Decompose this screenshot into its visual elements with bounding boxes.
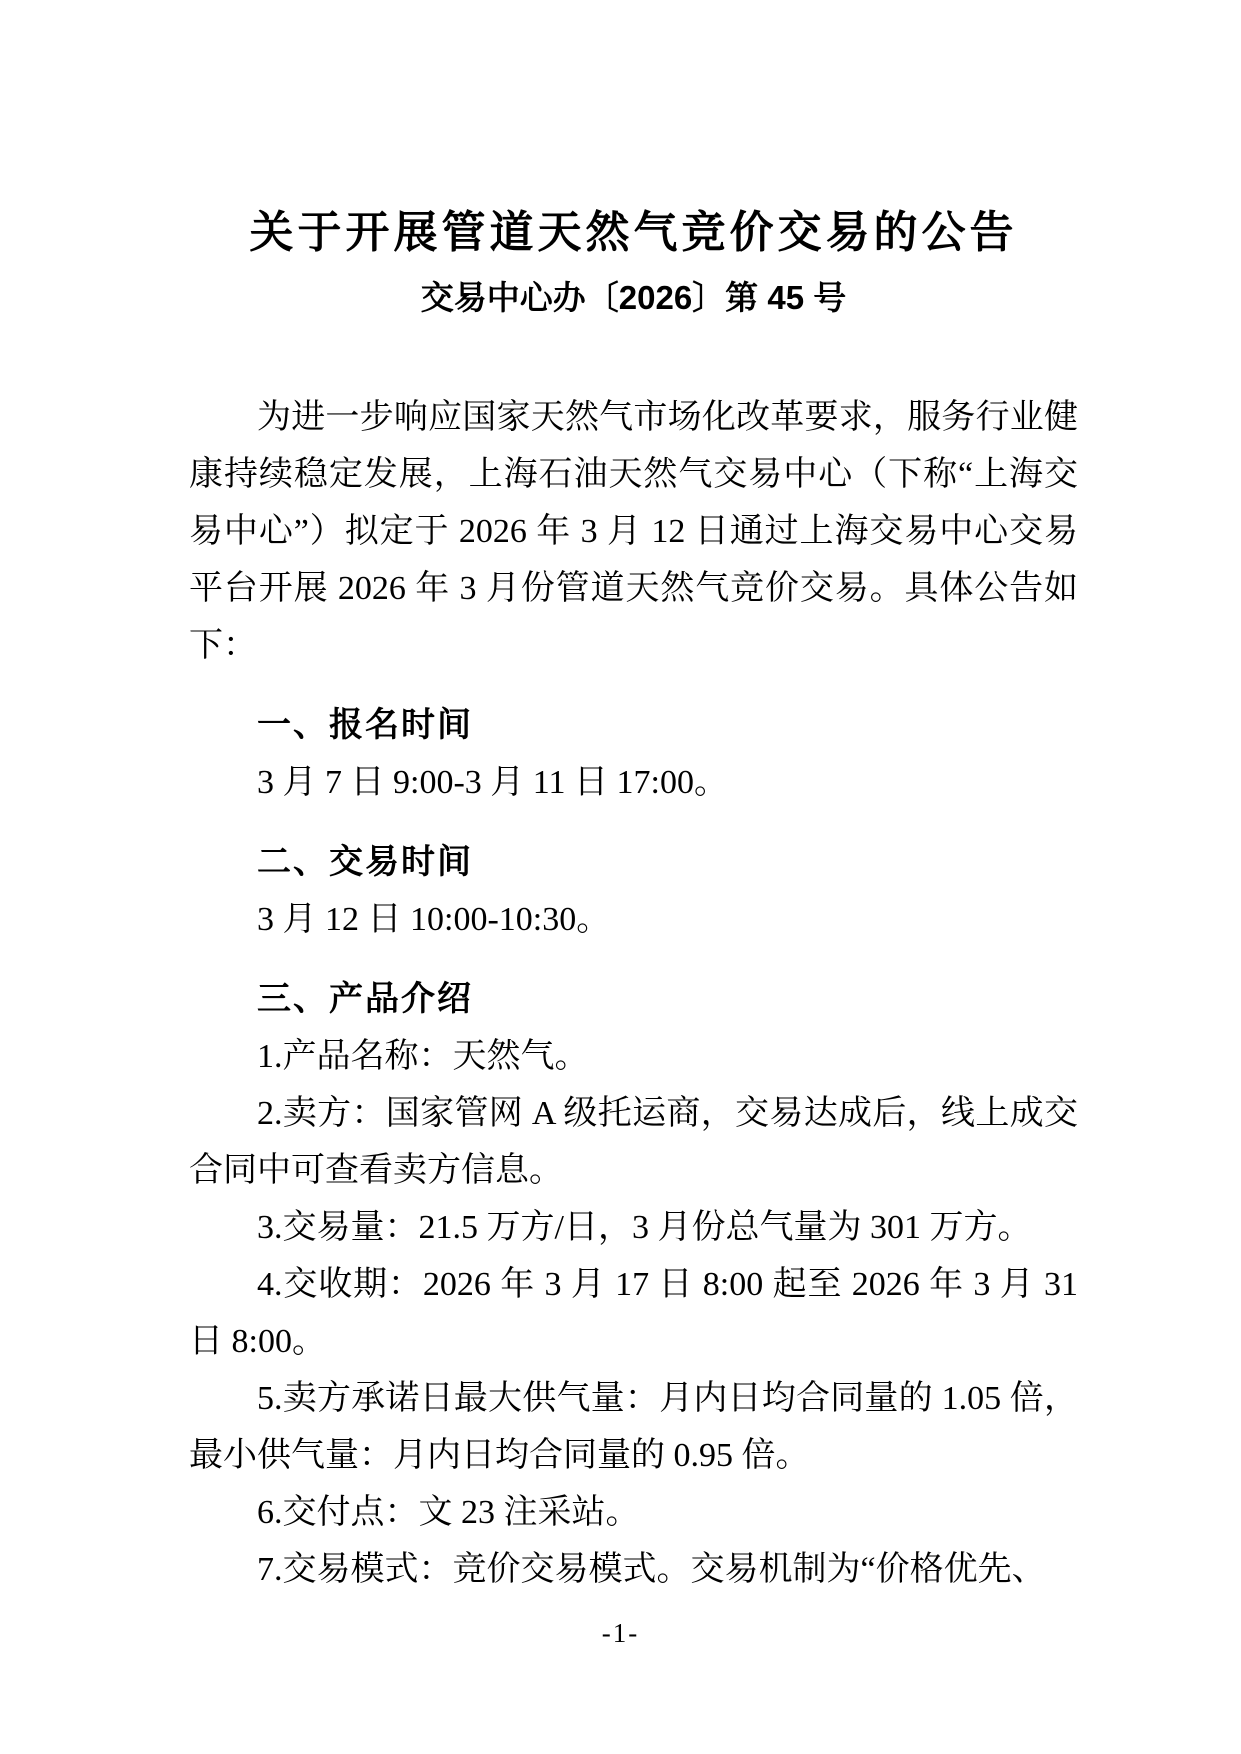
section-heading-2: 二、交易时间	[189, 834, 1078, 891]
section-1-paragraph-1: 3 月 7 日 9:00-3 月 11 日 17:00。	[189, 754, 1078, 811]
section-heading-3: 三、产品介绍	[189, 971, 1078, 1028]
section-3-paragraph-1: 1.产品名称：天然气。	[189, 1028, 1078, 1085]
document-number: 交易中心办〔2026〕第 45 号	[189, 276, 1078, 320]
section-heading-1: 一、报名时间	[189, 697, 1078, 754]
sections-container: 一、报名时间3 月 7 日 9:00-3 月 11 日 17:00。二、交易时间…	[189, 697, 1078, 1598]
section-3-paragraph-6: 6.交付点：文 23 注采站。	[189, 1484, 1078, 1541]
document-title: 关于开展管道天然气竞价交易的公告	[189, 0, 1078, 261]
document-body: 关于开展管道天然气竞价交易的公告 交易中心办〔2026〕第 45 号 为进一步响…	[189, 0, 1078, 1598]
section-3-paragraph-2: 2.卖方：国家管网 A 级托运商，交易达成后，线上成交合同中可查看卖方信息。	[189, 1085, 1078, 1199]
section-3-paragraph-4: 4.交收期：2026 年 3 月 17 日 8:00 起至 2026 年 3 月…	[189, 1256, 1078, 1370]
section-3-paragraph-3: 3.交易量：21.5 万方/日，3 月份总气量为 301 万方。	[189, 1199, 1078, 1256]
section-2-paragraph-1: 3 月 12 日 10:00-10:30。	[189, 891, 1078, 948]
section-3-paragraph-7: 7.交易模式：竞价交易模式。交易机制为“价格优先、	[189, 1541, 1078, 1598]
section-3-paragraph-5: 5.卖方承诺日最大供气量：月内日均合同量的 1.05 倍，最小供气量：月内日均合…	[189, 1370, 1078, 1484]
intro-paragraph: 为进一步响应国家天然气市场化改革要求，服务行业健康持续稳定发展，上海石油天然气交…	[189, 389, 1078, 674]
document-page: 关于开展管道天然气竞价交易的公告 交易中心办〔2026〕第 45 号 为进一步响…	[0, 0, 1241, 1754]
page-number: -1-	[0, 1616, 1241, 1650]
